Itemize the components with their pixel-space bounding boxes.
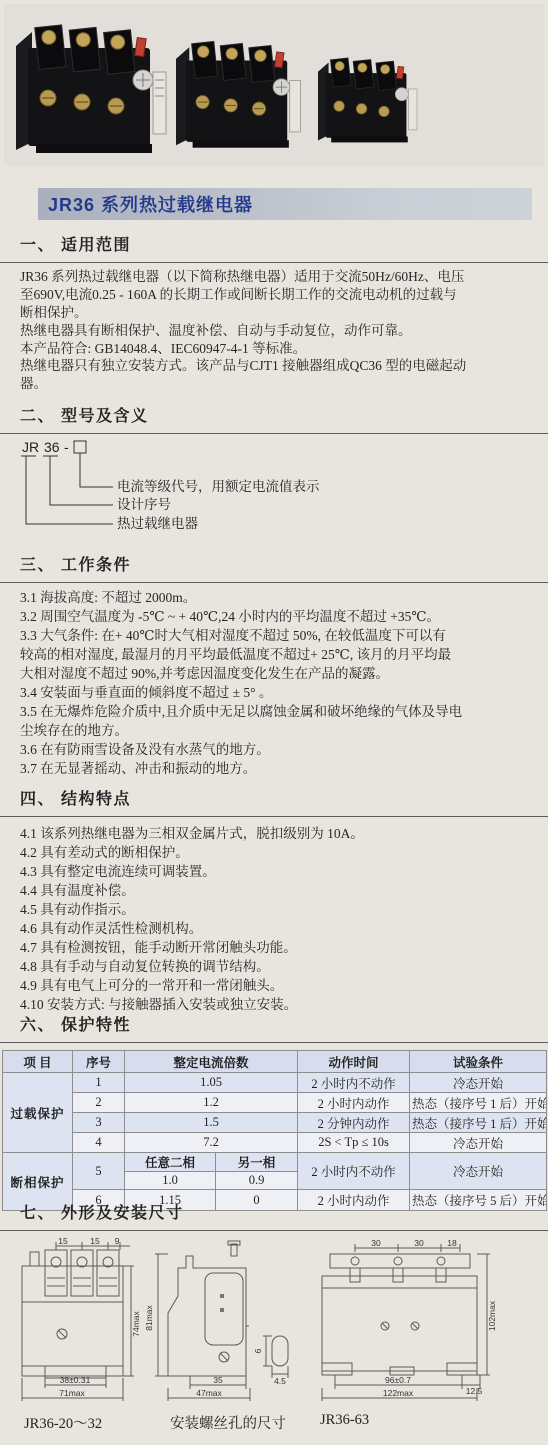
cell-condition: 冷态开始 [410,1133,547,1153]
feature-line: 4.6 具有动作灵活性检测机构。 [20,919,532,938]
group-overload: 过载保护 [3,1073,73,1153]
feature-line: 4.5 具有动作指示。 [20,900,532,919]
dim-d1-bottom1: 38±0.31 [60,1375,91,1385]
feature-line: 4.1 该系列热继电器为三相双金属片式，脱扣级别为 10A。 [20,824,532,843]
model-label-relay: 热过载继电器 [117,515,198,531]
datasheet-page: { "title": "JR36 系列热过载继电器", "sections": … [0,0,548,1445]
subcol-any-two-phases: 任意二相 [125,1153,216,1172]
feature-line: 4.2 具有差动式的断相保护。 [20,843,532,862]
col-header-item: 项 目 [3,1051,73,1073]
dim-d1-top1: 15 [58,1238,68,1246]
cell-multiple: 1.2 [125,1093,298,1113]
col-header-seq: 序号 [73,1051,125,1073]
model-label-design: 设计序号 [117,496,171,512]
scope-line: 热继电器具有断相保护、温度补偿、自动与手动复位，动作可靠。 [20,322,532,340]
scope-line: 热继电器只有独立安装方式。该产品与CJT1 接触器组成QC36 型的电磁起动 [20,357,532,375]
dim-d1-bottom2: 71max [59,1388,85,1398]
caption-jr36-63: JR36-63 [320,1412,369,1429]
model-prefix: JR [22,439,39,455]
table-row: 4 7.2 2S < Tp ≤ 10s 冷态开始 [3,1133,547,1153]
page-title: JR36 系列热过载继电器 [38,191,253,217]
dim-d1-top3: 9 [115,1238,120,1246]
scope-line: JR36 系列热过载继电器（以下简称热继电器）适用于交流50Hz/60Hz、电压 [20,268,532,286]
table-row: 过载保护 1 1.05 2 小时内不动作 冷态开始 [3,1073,547,1093]
cell-time: 2S < Tp ≤ 10s [298,1133,410,1153]
structure-text: 4.1 该系列热继电器为三相双金属片式，脱扣级别为 10A。 4.2 具有差动式… [20,824,532,1014]
product-photo [0,0,548,178]
dim-d3-top3: 18 [447,1238,457,1248]
cell-time: 2 小时内不动作 [298,1073,410,1093]
cell-multiple: 1.0 [125,1172,216,1190]
dim-d3-top1: 30 [371,1238,381,1248]
scope-line: 器。 [20,375,532,393]
cell-multiple: 1.5 [125,1113,298,1133]
cell-seq: 5 [73,1153,125,1190]
condition-line: 3.7 在无显著摇动、冲击和振动的地方。 [20,759,532,778]
table-row: 3 1.5 2 分钟内动作 热态（接序号 1 后）开始 [3,1113,547,1133]
scope-line: 至690V,电流0.25 - 160A 的长期工作或间断长期工作的交流电动机的过… [20,286,532,304]
dim-slot-height: 6 [253,1348,263,1353]
dim-d3-bottom1: 96±0.7 [385,1375,411,1385]
condition-line: 3.2 周围空气温度为 -5℃ ~ + 40℃,24 小时内的平均温度不超过 +… [20,607,532,626]
condition-line: 3.4 安装面与垂直面的倾斜度不超过 ± 5° 。 [20,683,532,702]
condition-line: 3.6 在有防雨雪设备及没有水蒸气的地方。 [20,740,532,759]
section-heading-model: 二、 型号及含义 [0,403,548,434]
feature-line: 4.8 具有手动与自动复位转换的调节结构。 [20,957,532,976]
cell-seq: 3 [73,1113,125,1133]
rating-label [153,72,166,134]
cell-condition: 热态（接序号 1 后）开始 [410,1113,547,1133]
cell-time: 2 小时内不动作 [298,1153,410,1190]
cell-condition: 冷态开始 [410,1153,547,1190]
relay-small-photo [318,53,417,142]
model-box [74,441,86,453]
section-heading-protection: 六、 保护特性 [0,1012,548,1043]
dim-d3-side: 102max [487,1300,497,1331]
conditions-text: 3.1 海拔高度: 不超过 2000m。 3.2 周围空气温度为 -5℃ ~ +… [20,588,532,778]
cell-condition: 热态（接序号 1 后）开始 [410,1093,547,1113]
scope-line: 断相保护。 [20,304,532,322]
condition-line: 尘埃存在的地方。 [20,721,532,740]
table-row: 断相保护 5 任意二相 另一相 2 小时内不动作 冷态开始 [3,1153,547,1172]
scope-line: 本产品符合: GB14048.4、IEC60947-4-1 等标准。 [20,340,532,358]
cell-seq: 2 [73,1093,125,1113]
condition-line: 3.1 海拔高度: 不超过 2000m。 [20,588,532,607]
model-designation-diagram: JR 36 - 电流等级代号，用额定电流值表示 设计序号 热过载继电器 [0,438,548,548]
cell-multiple: 1.05 [125,1073,298,1093]
col-header-multiple: 整定电流倍数 [125,1051,298,1073]
feature-line: 4.3 具有整定电流连续可调装置。 [20,862,532,881]
cell-condition: 冷态开始 [410,1073,547,1093]
dim-d3-top2: 30 [414,1238,424,1248]
outline-drawings: 15 15 9 74max 38±0.31 71max 81max 35 47m… [0,1238,548,1410]
cell-time: 2 小时内动作 [298,1093,410,1113]
caption-jr36-20-32: JR36-20～32 [24,1412,102,1433]
table-row: 2 1.2 2 小时内动作 热态（接序号 1 后）开始 [3,1093,547,1113]
subcol-other-phase: 另一相 [216,1153,298,1172]
section-heading-conditions: 三、 工作条件 [0,552,548,583]
model-series: 36 [44,439,60,455]
feature-line: 4.9 具有电气上可分的一常开和一常闭触头。 [20,976,532,995]
dim-slot-width: 4.5 [274,1376,286,1386]
cell-multiple: 7.2 [125,1133,298,1153]
dim-d1-top2: 15 [90,1238,100,1246]
cell-seq: 4 [73,1133,125,1153]
condition-line: 较高的相对湿度, 最湿月的月平均最低温度不超过+ 25℃, 该月的月平均最 [20,645,532,664]
protection-characteristics-table: 项 目 序号 整定电流倍数 动作时间 试验条件 过载保护 1 1.05 2 小时… [2,1050,547,1211]
section-heading-outline: 七、 外形及安装尺寸 [0,1200,548,1231]
cell-seq: 1 [73,1073,125,1093]
feature-line: 4.4 具有温度补偿。 [20,881,532,900]
dim-d3-bottom2: 12.5 [466,1386,483,1396]
model-label-current: 电流等级代号，用额定电流值表示 [117,478,320,495]
reset-lever [135,38,146,57]
dim-d3-bottom3: 122max [383,1388,414,1398]
dim-d2-bottom2: 47max [196,1388,222,1398]
dim-d2-bottom1: 35 [213,1375,223,1385]
model-separator: - [64,439,69,455]
scope-text: JR36 系列热过载继电器（以下简称热继电器）适用于交流50Hz/60Hz、电压… [20,268,532,393]
feature-line: 4.7 具有检测按钮，能手动断开常闭触头功能。 [20,938,532,957]
cell-multiple: 0.9 [216,1172,298,1190]
section-heading-structure: 四、 结构特点 [0,786,548,817]
col-header-condition: 试验条件 [410,1051,547,1073]
title-bar: JR36 系列热过载继电器 [38,188,532,220]
condition-line: 大相对湿度不超过 90%,并考虑因温度变化发生在产品的凝露。 [20,664,532,683]
condition-line: 3.3 大气条件: 在+ 40℃时大气相对湿度不超过 50%, 在较低温度下可以… [20,626,532,645]
dim-d2-side: 81max [144,1304,154,1330]
relay-medium-photo [176,35,301,147]
condition-line: 3.5 在无爆炸危险介质中,且介质中无足以腐蚀金属和破坏绝缘的气体及导电 [20,702,532,721]
relay-large-photo [16,18,166,153]
section-heading-scope: 一、 适用范围 [0,232,548,263]
col-header-time: 动作时间 [298,1051,410,1073]
cell-time: 2 分钟内动作 [298,1113,410,1133]
caption-mounting-hole: 安装螺丝孔的尺寸 [170,1412,286,1433]
dim-d1-side: 74max [131,1310,141,1336]
